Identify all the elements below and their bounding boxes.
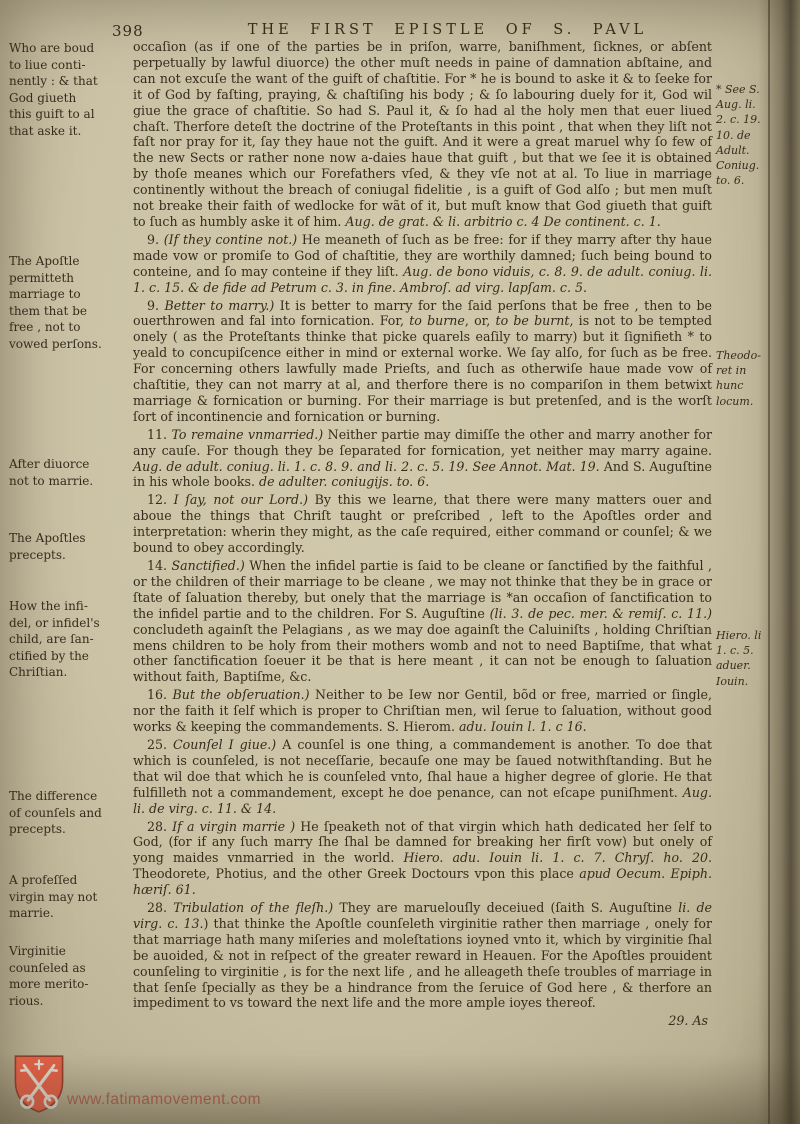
- running-title: THE FIRST EPISTLE OF S. PAVL: [160, 22, 735, 38]
- margin-note-left: The Apoſtles precepts.: [9, 530, 130, 563]
- body-paragraph: occaſion (as if one of the parties be in…: [133, 39, 712, 230]
- body-paragraph: 9. (If they contine not.) He meaneth of …: [133, 232, 712, 296]
- body-paragraph: 28. Tribulation of the fleſh.) They are …: [133, 900, 712, 1011]
- scanned-book-page: 398 THE FIRST EPISTLE OF S. PAVL Who are…: [0, 0, 800, 1124]
- body-paragraph: 16. But the obſeruation.) Neither to be …: [133, 687, 712, 735]
- body-paragraph: 28. If a virgin marrie ) He ſpeaketh not…: [133, 819, 712, 899]
- body-text: occaſion (as if one of the parties be in…: [133, 39, 712, 1028]
- page-bottom-shadow: [0, 1054, 800, 1124]
- margin-note-left: After diuorce not to marrie.: [9, 456, 130, 489]
- body-paragraph: 14. Sanctified.) When the infidel partie…: [133, 558, 712, 685]
- margin-note-right: Theodo- ret in hunc locum.: [716, 348, 774, 409]
- crossed-keys-icon: [12, 1054, 66, 1114]
- margin-note-left: How the infi- del, or infidel's child, a…: [9, 598, 130, 681]
- page-number: 398: [112, 22, 144, 40]
- margin-note-left: A profeſſed virgin may not marrie.: [9, 872, 130, 922]
- body-paragraph: 12. I ſay, not our Lord.) By this we lea…: [133, 492, 712, 556]
- margin-note-left: Who are boud to liue conti- nently : & t…: [9, 40, 130, 140]
- catchword: 29. As: [133, 1013, 712, 1028]
- body-paragraph: 11. To remaine vnmarried.) Neither parti…: [133, 427, 712, 491]
- margin-note-right: * See S. Aug. li. 2. c. 19. 10. de Adult…: [716, 82, 774, 188]
- margin-note-left: The difference of counſels and precepts.: [9, 788, 130, 838]
- shield-logo: [12, 1054, 66, 1118]
- watermark-url: www.fatimamovement.com: [67, 1091, 261, 1109]
- margin-note-left: Virginitie counſeled as more merito- rio…: [9, 943, 130, 1009]
- margin-note-right: Hiero. li 1. c. 5. aduer. Iouin.: [716, 628, 774, 689]
- body-paragraph: 9. Better to marry.) It is better to mar…: [133, 298, 712, 425]
- margin-note-left: The Apoſtle permitteth marriage to them …: [9, 253, 130, 353]
- body-paragraph: 25. Counſel I giue.) A counſel is one th…: [133, 737, 712, 817]
